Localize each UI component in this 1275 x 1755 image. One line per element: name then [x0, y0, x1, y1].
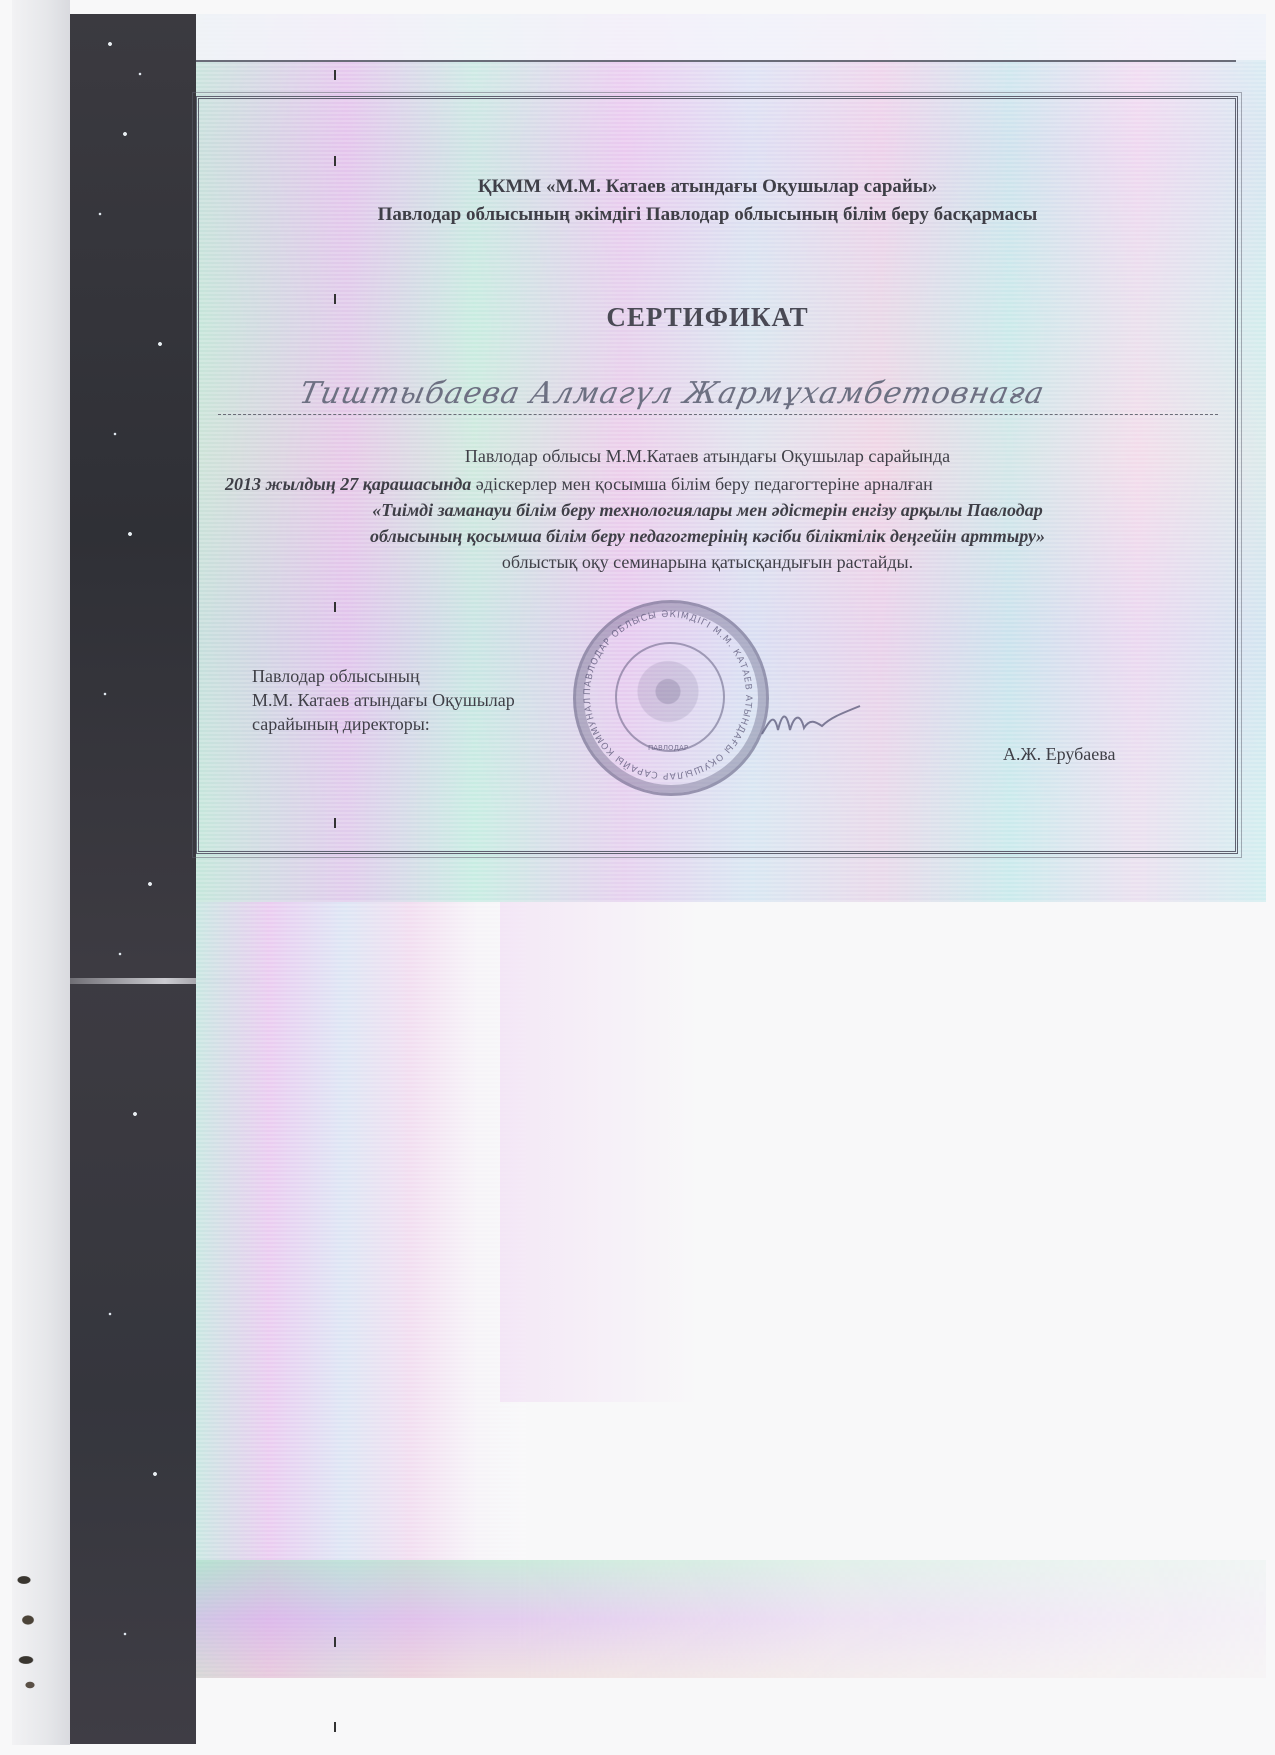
scan-tick [334, 602, 336, 612]
stamp-center-text: ПАВЛОДАР [648, 744, 688, 752]
scan-tick [334, 1722, 336, 1732]
event-date: 2013 жылдың 27 қарашасында [225, 474, 471, 494]
seminar-title-line-2: облысының қосымша білім беру педагогтері… [0, 526, 1275, 547]
body-line-5: облыстық оқу семинарына қатысқандығын ра… [0, 552, 1275, 573]
stamp-text: ПАВЛОДАР ОБЛЫСЫ ӘКІМДІГІ М.М. КАТАЕВ АТЫ… [573, 600, 763, 790]
scan-tick [334, 156, 336, 166]
scan-tick [334, 70, 336, 80]
body-line-2: 2013 жылдың 27 қарашасында әдіскерлер ме… [225, 474, 1225, 495]
dark-film-strip [70, 14, 196, 1744]
moire-wash-fade [500, 902, 700, 1402]
scan-tick [334, 1637, 336, 1647]
seminar-title-line-1: «Тиімді заманауи білім беру технологияла… [0, 500, 1275, 521]
svg-text:ПАВЛОДАР ОБЛЫСЫ ӘКІМДІГІ М.М.: ПАВЛОДАР ОБЛЫСЫ ӘКІМДІГІ М.М. КАТАЕВ АТЫ… [573, 600, 753, 780]
director-title-line-2: М.М. Катаев атындағы Оқушылар [252, 690, 515, 711]
director-title-line-3: сарайының директоры: [252, 714, 430, 735]
scan-tick [334, 818, 336, 828]
top-band [196, 14, 1266, 60]
signer-name: А.Ж. Ерубаева [1003, 744, 1116, 765]
stamp-ring-text: ПАВЛОДАР ОБЛЫСЫ ӘКІМДІГІ М.М. КАТАЕВ АТЫ… [573, 600, 753, 780]
body-line-1: Павлодар облысы М.М.Катаев атындағы Оқуш… [0, 446, 1275, 467]
moire-wash-bottom [196, 1560, 1266, 1678]
scanner-margin [12, 0, 70, 1745]
body-line-2-rest: әдіскерлер мен қосымша білім беру педаго… [471, 474, 932, 494]
header-organization: ҚКММ «М.М. Катаев атындағы Оқушылар сара… [0, 176, 1275, 198]
director-signature [760, 700, 870, 740]
recipient-name: Тиштыбаева Алмагүл Жармұхамбетовнаға [296, 376, 1233, 411]
name-underline [218, 414, 1218, 415]
scan-blots [12, 1560, 40, 1700]
certificate-title: СЕРТИФИКАТ [0, 302, 1275, 333]
frame-top-line [196, 60, 1236, 62]
director-title-line-1: Павлодар облысының [252, 666, 420, 687]
header-department: Павлодар облысының әкімдігі Павлодар обл… [0, 204, 1275, 226]
